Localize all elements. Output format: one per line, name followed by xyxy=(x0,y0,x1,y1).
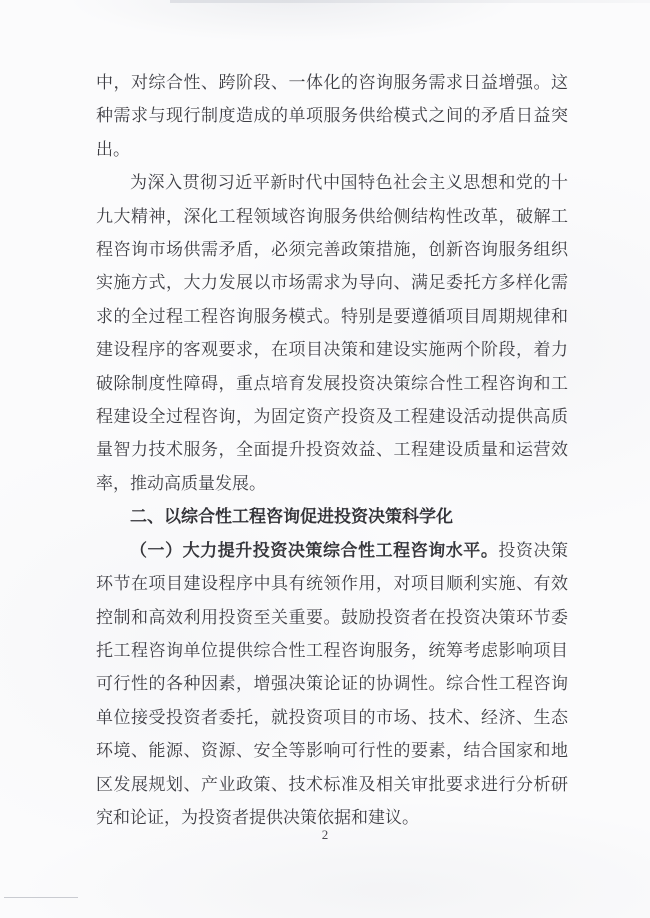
section-heading: 二、以综合性工程咨询促进投资决策科学化 xyxy=(96,500,568,533)
page-number: 2 xyxy=(0,827,650,843)
paragraph-continuation: 中，对综合性、跨阶段、一体化的咨询服务需求日益增强。这种需求与现行制度造成的单项… xyxy=(96,66,568,166)
paragraph-intro: 为深入贯彻习近平新时代中国特色社会主义思想和党的十九大精神，深化工程领域咨询服务… xyxy=(96,166,568,500)
document-page: 中，对综合性、跨阶段、一体化的咨询服务需求日益增强。这种需求与现行制度造成的单项… xyxy=(0,0,650,918)
scan-edge-shadow xyxy=(170,0,650,3)
document-text-block: 中，对综合性、跨阶段、一体化的咨询服务需求日益增强。这种需求与现行制度造成的单项… xyxy=(96,66,568,834)
paragraph-body-text: 投资决策环节在项目建设程序中具有统领作用，对项目顺利实施、有效控制和高效利用投资… xyxy=(96,541,568,827)
paragraph-lead-bold: （一）大力提升投资决策综合性工程咨询水平。 xyxy=(130,541,498,560)
paragraph-section-one: （一）大力提升投资决策综合性工程咨询水平。投资决策环节在项目建设程序中具有统领作… xyxy=(96,534,568,835)
scan-artifact-line xyxy=(4,897,78,898)
